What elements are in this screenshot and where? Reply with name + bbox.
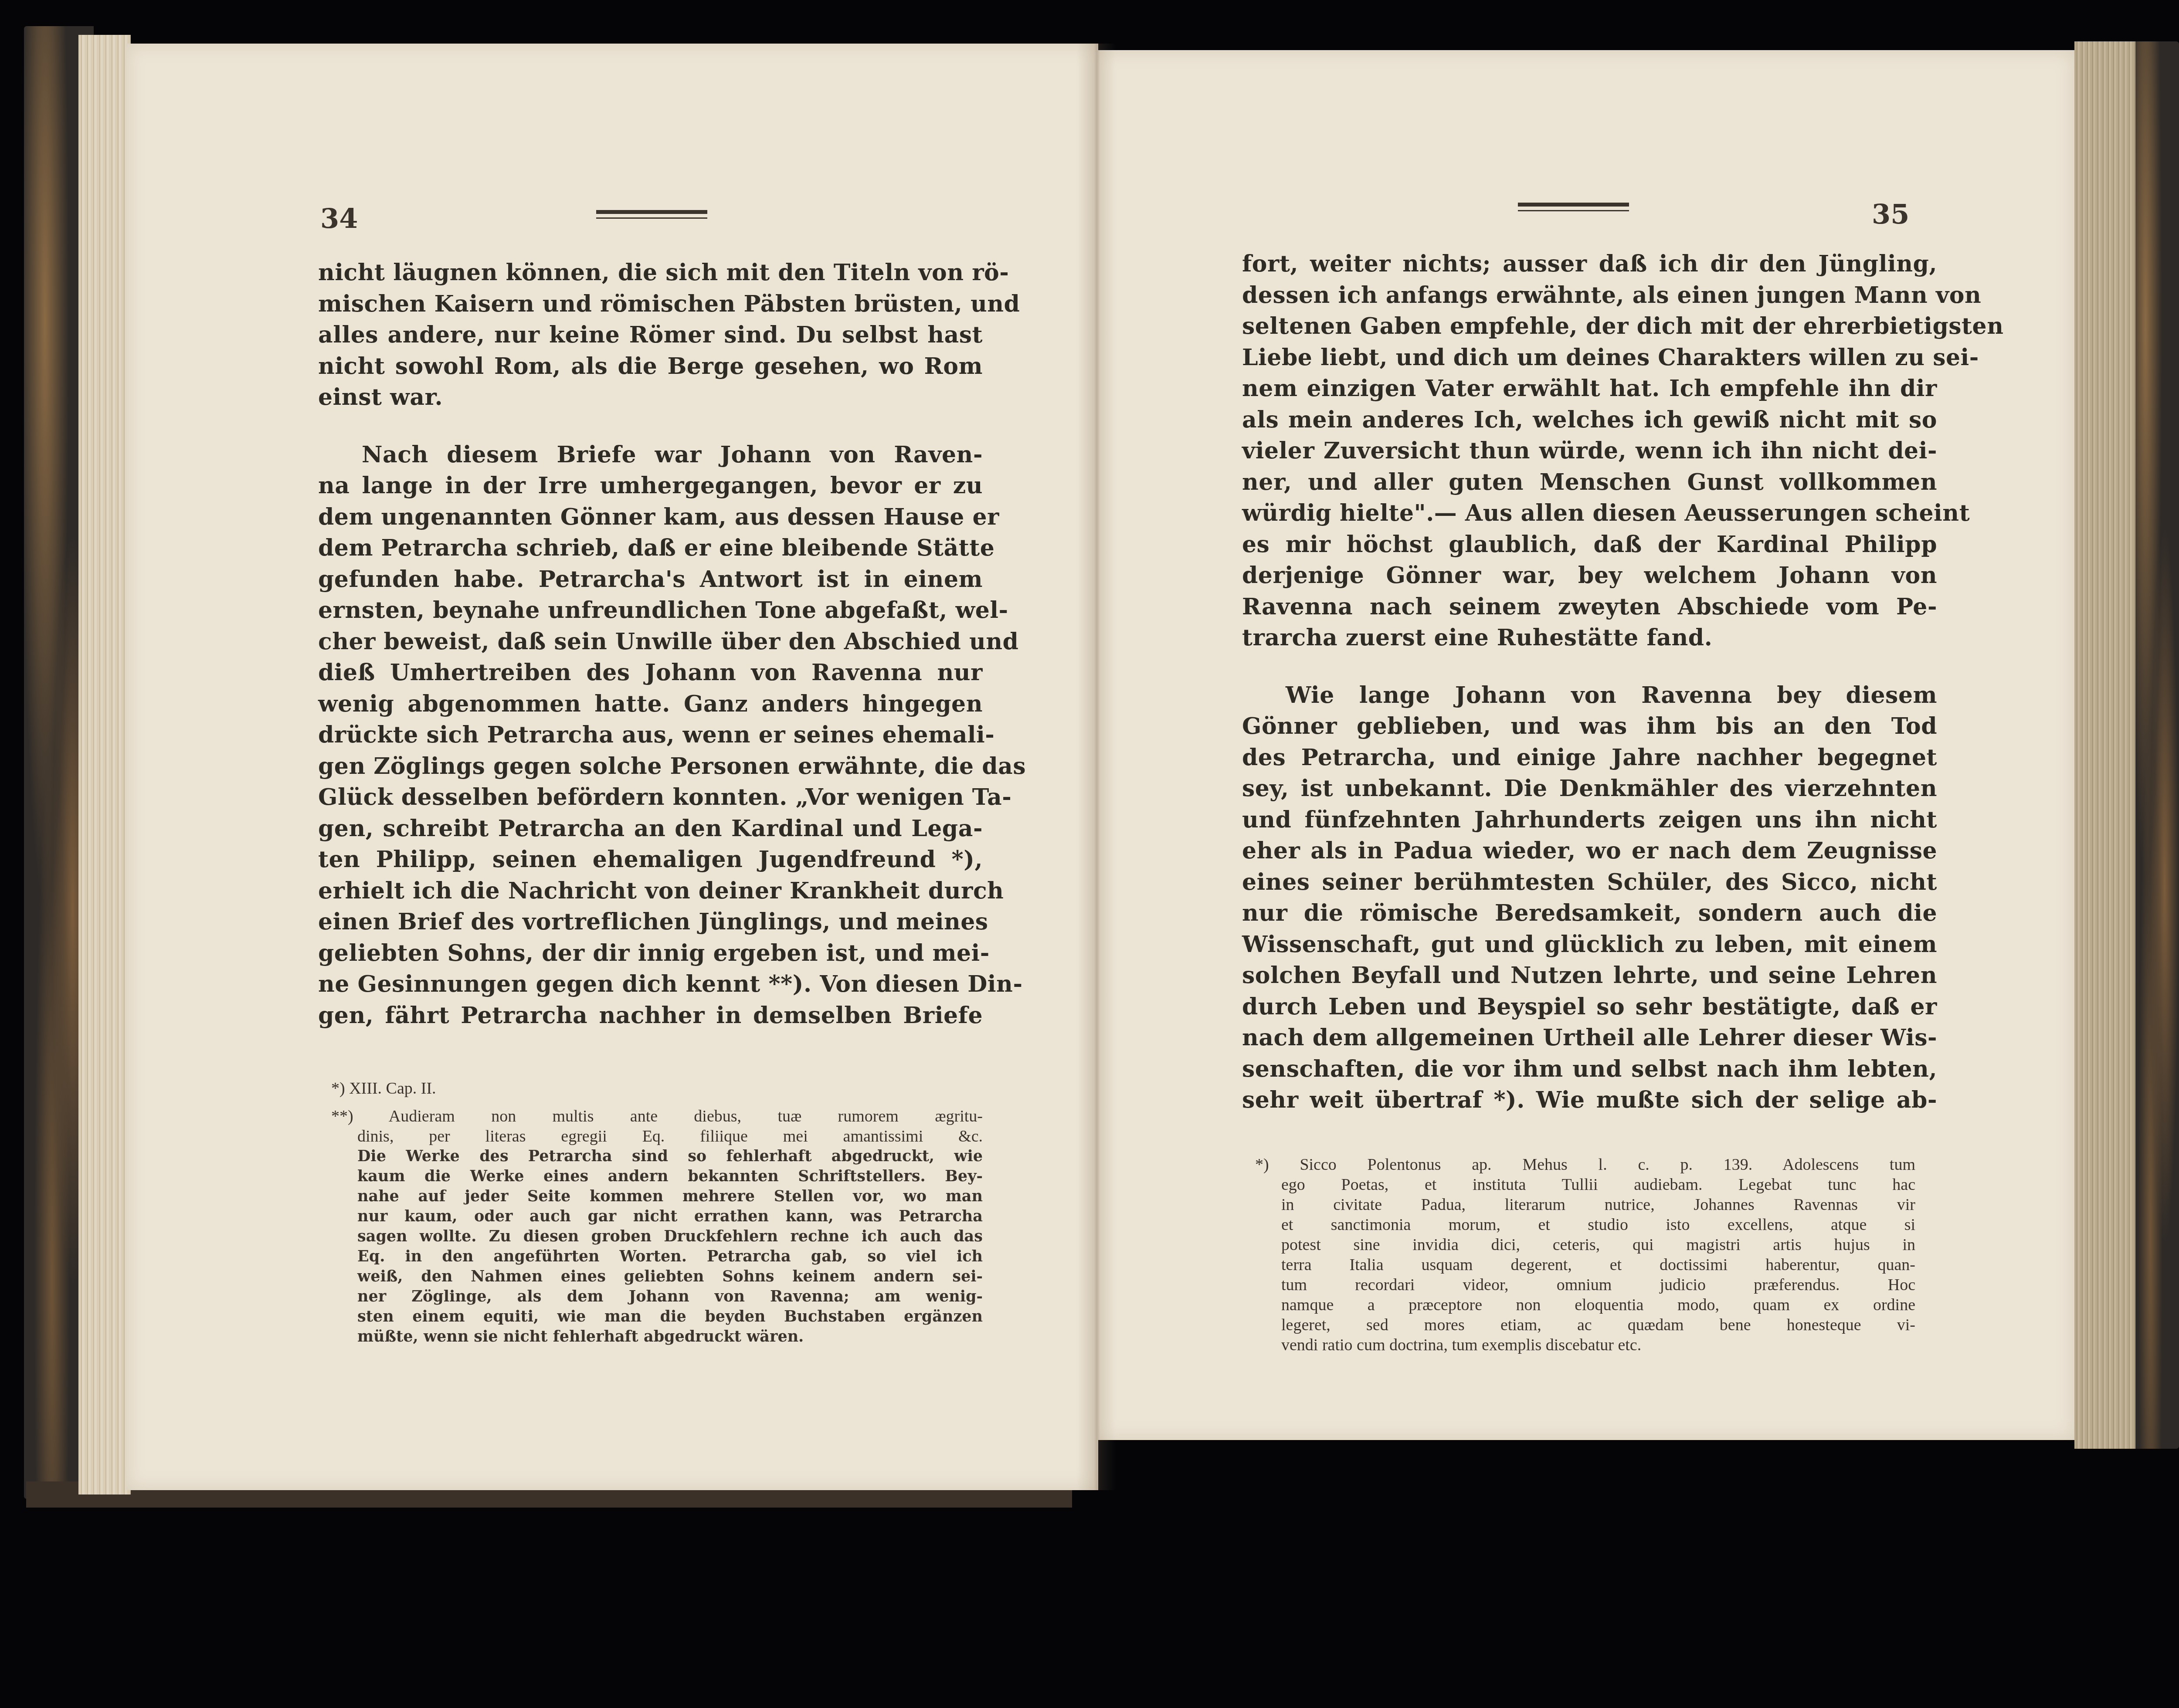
text-line: ner, und aller guten Menschen Gunst voll… [1242,467,1937,498]
text-line: sey, ist unbekannt. Die Denkmähler des v… [1242,773,1937,804]
text-line: und fünfzehnten Jahrhunderts zeigen uns … [1242,804,1937,836]
text-line: drückte sich Petrarcha aus, wenn er sein… [318,719,983,751]
text-line: na lange in der Irre umhergegangen, bevo… [318,470,983,502]
footnote-2: **) Audieram non multis ante diebus, tuæ… [331,1106,983,1347]
footnote-line: ego Poetas, et instituta Tullii audiebam… [1255,1175,1915,1195]
footnote-line: **) Audieram non multis ante diebus, tuæ… [331,1106,983,1126]
text-line: trarcha zuerst eine Ruhestätte fand. [1242,622,1937,654]
text-line: senschaften, die vor ihm und selbst nach… [1242,1054,1937,1085]
footnote-line: kaum die Werke eines andern bekannten Sc… [331,1166,983,1186]
page-block-edges-left [78,35,131,1494]
text-line: derjenige Gönner war, bey welchem Johann… [1242,560,1937,591]
text-line: nicht läugnen können, die sich mit den T… [318,257,983,288]
text-line: gefunden habe. Petrarcha's Antwort ist i… [318,564,983,595]
footnote-line: potest sine invidia dici, ceteris, qui m… [1255,1235,1915,1255]
left-page-body: nicht läugnen können, die sich mit den T… [318,257,983,1031]
text-line: eines seiner berühmtesten Schüler, des S… [1242,867,1937,898]
page-number-right: 35 [1872,198,1909,230]
text-line: dem ungenannten Gönner kam, aus dessen H… [318,502,983,533]
footnote-line: Die Werke des Petrarcha sind so fehlerha… [331,1146,983,1166]
text-line: des Petrarcha, und einige Jahre nachher … [1242,742,1937,773]
text-line: Wie lange Johann von Ravenna bey diesem [1242,680,1937,711]
header-ornament-rule-right [1518,203,1629,211]
footnote-1: *) Sicco Polentonus ap. Mehus l. c. p. 1… [1255,1155,1915,1355]
text-line: Wissenschaft, gut und glücklich zu leben… [1242,929,1937,960]
text-line: es mir höchst glaublich, daß der Kardina… [1242,529,1937,560]
text-line: mischen Kaisern und römischen Päbsten br… [318,288,983,320]
text-line: sehr weit übertraf *). Wie mußte sich de… [1242,1084,1937,1116]
text-line: dieß Umhertreiben des Johann von Ravenna… [318,657,983,688]
footnote-line: dinis, per literas egregii Eq. filiique … [331,1126,983,1146]
text-line: gen, schreibt Petrarcha an den Kardinal … [318,813,983,844]
footnote-line: *) Sicco Polentonus ap. Mehus l. c. p. 1… [1255,1155,1915,1175]
page-block-edges-right [2074,41,2135,1449]
text-line: gen Zöglings gegen solche Personen erwäh… [318,751,983,782]
book-gutter [1076,44,1116,1490]
left-page-footnotes: *) XIII. Cap. II. **) Audieram non multi… [331,1078,983,1355]
text-line: cher beweist, daß sein Unwille über den … [318,626,983,657]
text-line: Ravenna nach seinem zweyten Abschiede vo… [1242,591,1937,623]
right-page-body: fort, weiter nichts; ausser daß ich dir … [1242,248,1937,1116]
text-line: durch Leben und Beyspiel so sehr bestäti… [1242,991,1937,1023]
text-line: geliebten Sohns, der dir innig ergeben i… [318,938,983,969]
text-line: nicht sowohl Rom, als die Berge gesehen,… [318,351,983,382]
text-line: nach dem allgemeinen Urtheil alle Lehrer… [1242,1022,1937,1054]
footnote-line: legeret, sed mores etiam, ac quædam bene… [1255,1315,1915,1335]
text-line: vieler Zuversicht thun würde, wenn ich i… [1242,435,1937,467]
footnote-line: nur kaum, oder auch gar nicht errathen k… [331,1206,983,1227]
text-line: eher als in Padua wieder, wo er nach dem… [1242,835,1937,867]
text-line: ne Gesinnungen gegen dich kennt **). Von… [318,969,983,1000]
text-line: solchen Beyfall und Nutzen lehrte, und s… [1242,960,1937,991]
footnote-line: Eq. in den angeführten Worten. Petrarcha… [331,1247,983,1267]
text-line: fort, weiter nichts; ausser daß ich dir … [1242,248,1937,280]
text-line: Glück desselben befördern konnten. „Vor … [318,782,983,813]
text-line: alles andere, nur keine Römer sind. Du s… [318,319,983,351]
text-line: seltenen Gaben empfehle, der dich mit de… [1242,311,1937,342]
text-line: ernsten, beynahe unfreundlichen Tone abg… [318,595,983,626]
footnote-line: namque a præceptore non eloquentia modo,… [1255,1295,1915,1315]
footnote-line: sten einem equiti, wie man die beyden Bu… [331,1307,983,1327]
footnote-line: ner Zöglinge, als dem Johann von Ravenna… [331,1287,983,1307]
header-ornament-rule-left [596,210,707,219]
text-line: erhielt ich die Nachricht von deiner Kra… [318,875,983,907]
text-line: nur die römische Beredsamkeit, sondern a… [1242,898,1937,929]
page-number-left: 34 [320,203,358,234]
text-line: nem einzigen Vater erwählt hat. Ich empf… [1242,373,1937,404]
book-cover-right [2131,41,2179,1449]
footnote-line: *) XIII. Cap. II. [331,1078,983,1098]
footnote-line: tum recordari videor, omnium judicio præ… [1255,1275,1915,1295]
text-line: dessen ich anfangs erwähnte, als einen j… [1242,280,1937,311]
footnote-1: *) XIII. Cap. II. [331,1078,983,1098]
footnote-line: weiß, den Nahmen eines geliebten Sohns k… [331,1267,983,1287]
text-line: als mein anderes Ich, welches ich gewiß … [1242,404,1937,436]
text-line: dem Petrarcha schrieb, daß er eine bleib… [318,532,983,564]
footnote-line: terra Italia usquam degerent, et doctiss… [1255,1255,1915,1275]
footnote-line: et sanctimonia morum, et studio isto exc… [1255,1215,1915,1235]
text-line: einst war. [318,382,983,413]
footnote-line: vendi ratio cum doctrina, tum exemplis d… [1255,1335,1915,1355]
text-line: würdig hielte".— Aus allen diesen Aeusse… [1242,498,1937,529]
text-line: ten Philipp, seinen ehemaligen Jugendfre… [318,844,983,875]
footnote-line: müßte, wenn sie nicht fehlerhaft abgedru… [331,1327,983,1347]
text-line: Gönner geblieben, und was ihm bis an den… [1242,711,1937,742]
text-line: einen Brief des vortreflichen Jünglings,… [318,906,983,938]
text-line: Liebe liebt, und dich um deines Charakte… [1242,342,1937,373]
text-line: Nach diesem Briefe war Johann von Raven- [318,439,983,471]
right-page-footnotes: *) Sicco Polentonus ap. Mehus l. c. p. 1… [1255,1155,1915,1363]
footnote-line: sagen wollte. Zu diesen groben Druckfehl… [331,1227,983,1247]
footnote-line: in civitate Padua, literarum nutrice, Jo… [1255,1195,1915,1215]
text-line: wenig abgenommen hatte. Ganz anders hing… [318,688,983,720]
text-line: gen, fährt Petrarcha nachher in demselbe… [318,1000,983,1031]
footnote-line: nahe auf jeder Seite kommen mehrere Stel… [331,1186,983,1206]
